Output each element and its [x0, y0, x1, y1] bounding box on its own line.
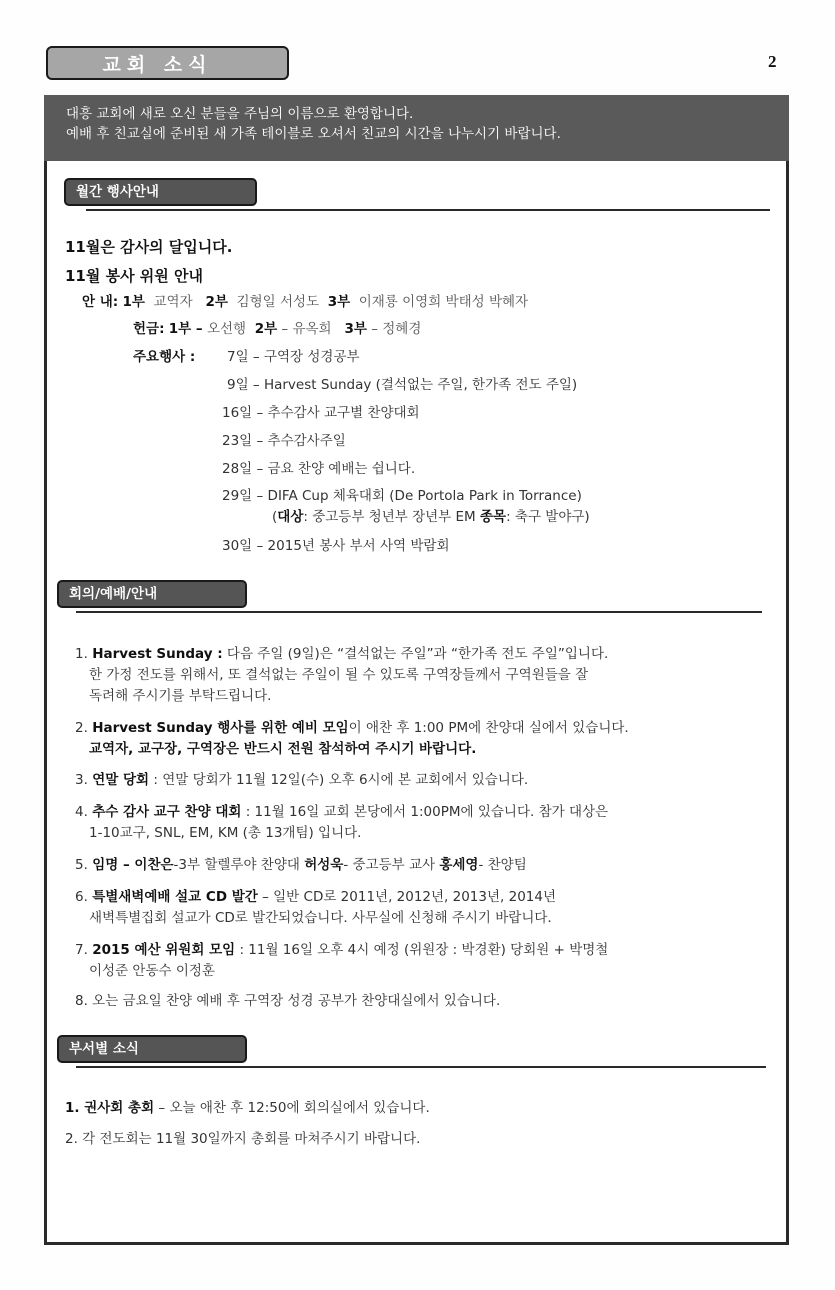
events-label: 주요행사 : [133, 345, 195, 365]
section-divider [86, 209, 770, 211]
event-item: 30일 – 2015년 봉사 부서 사역 박람회 [222, 534, 449, 554]
notice-item-7: 7. 2015 예산 위원회 모임 : 11월 16일 오후 4시 예정 (위원… [75, 938, 608, 958]
notice-item-3: 3. 연말 당회 : 연말 당회가 11월 12일(수) 오후 6시에 본 교회… [75, 768, 528, 788]
headline-thanksgiving-month: 11월은 감사의 달입니다. [65, 236, 232, 257]
event-item: 16일 – 추수감사 교구별 찬양대회 [222, 401, 420, 421]
notice-item-6: 6. 특별새벽예배 설교 CD 발간 – 일반 CD로 2011년, 2012년… [75, 885, 556, 905]
notice-item-1: 1. Harvest Sunday : 다음 주일 (9일)은 “결석없는 주일… [75, 642, 608, 662]
notice-item-4: 4. 추수 감사 교구 찬양 대회 : 11월 16일 교회 본당에서 1:00… [75, 800, 608, 820]
event-item: 29일 – DIFA Cup 체육대회 (De Portola Park in … [222, 484, 582, 504]
notice-item-2-line2: 교역자, 교구장, 구역장은 반드시 전원 참석하여 주시기 바랍니다. [89, 737, 476, 757]
notice-item-8: 8. 오는 금요일 찬양 예배 후 구역장 성경 공부가 찬양대실에서 있습니다… [75, 989, 500, 1009]
welcome-line-2: 예배 후 친교실에 준비된 새 가족 테이블로 오셔서 친교의 시간을 나누시기… [66, 124, 789, 144]
event-item: 23일 – 추수감사주일 [222, 429, 346, 449]
notice-item-5: 5. 임명 – 이찬은-3부 할렐루야 찬양대 허성욱- 중고등부 교사 홍세영… [75, 853, 527, 873]
notice-item-1-line2: 한 가정 전도를 위해서, 또 결석없는 주일이 될 수 있도록 구역장들께서 … [89, 663, 588, 683]
headline-volunteers: 11월 봉사 위원 안내 [65, 265, 203, 286]
guide-row: 안 내: 1부 교역자 2부 김형일 서성도 3부 이재룡 이영희 박태성 박혜… [82, 290, 528, 310]
welcome-line-1: 대흥 교회에 새로 오신 분들을 주님의 이름으로 환영합니다. [66, 104, 789, 124]
dept-item-1: 1. 권사회 총회 – 오늘 애찬 후 12:50에 회의실에서 있습니다. [65, 1096, 430, 1116]
welcome-banner: 대흥 교회에 새로 오신 분들을 주님의 이름으로 환영합니다. 예배 후 친교… [44, 95, 789, 161]
section-header-meetings: 회의/예배/안내 [57, 580, 247, 608]
section-header-monthly: 월간 행사안내 [64, 178, 257, 206]
event-item: 28일 – 금요 찬양 예배는 쉽니다. [222, 457, 415, 477]
event-item: 9일 – Harvest Sunday (결석없는 주일, 한가족 전도 주일) [227, 373, 577, 393]
notice-item-4-line2: 1-10교구, SNL, EM, KM (총 13개팀) 입니다. [89, 821, 361, 841]
page-title-tab: 교회 소식 [46, 46, 289, 80]
section-divider [76, 611, 762, 613]
page-number: 2 [768, 52, 777, 72]
event-29-detail: (대상: 중고등부 청년부 장년부 EM 종목: 축구 발야구) [272, 505, 590, 525]
event-item: 7일 – 구역장 성경공부 [227, 345, 360, 365]
page-title: 교회 소식 [102, 50, 232, 77]
section-header-departments: 부서별 소식 [57, 1035, 247, 1063]
notice-item-2: 2. Harvest Sunday 행사를 위한 예비 모임이 애찬 후 1:0… [75, 716, 629, 736]
notice-item-1-line3: 독려해 주시기를 부탁드립니다. [89, 684, 271, 704]
notice-item-6-line2: 새벽특별집회 설교가 CD로 발간되었습니다. 사무실에 신청해 주시기 바랍니… [89, 906, 552, 926]
notice-item-7-line2: 이성준 안동수 이정훈 [89, 959, 215, 979]
dept-item-2: 2. 각 전도회는 11월 30일까지 총회를 마쳐주시기 바랍니다. [65, 1127, 420, 1147]
section-divider [76, 1066, 766, 1068]
offering-row: 헌금: 1부 – 오선행 2부 – 유옥희 3부 – 정혜경 [133, 317, 421, 337]
